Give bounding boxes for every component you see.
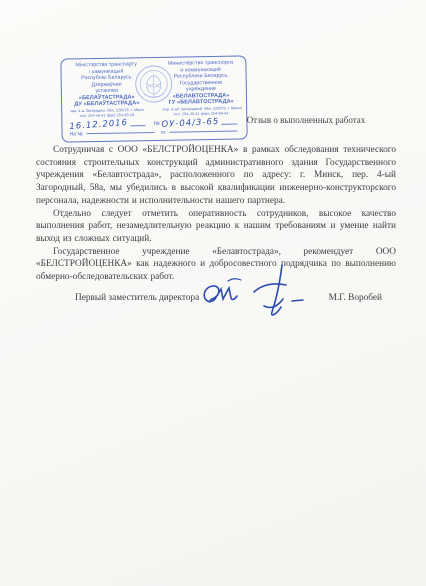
blank-line xyxy=(130,124,146,126)
paragraph: Отдельно следует отметить оперативность … xyxy=(36,208,396,246)
signature-position-label: Первый заместитель директора xyxy=(75,293,199,303)
official-stamp: Міністэрства транспарту і камунікацый Рэ… xyxy=(60,55,247,142)
stamp-right-column: Министерство транспорта и коммуникаций Р… xyxy=(159,59,244,117)
signature-name: М.Г. Воробей xyxy=(329,293,382,303)
stamp-left-column: Міністэрства транспарту і камунікацый Рэ… xyxy=(64,61,149,119)
stamp-phone: тэл. 254-43-41 факс 254-69-43 xyxy=(69,112,146,118)
letter-title: Отзыв о выполненных работах xyxy=(225,115,387,125)
ot-label: от xyxy=(161,130,166,136)
blank-line xyxy=(170,130,238,133)
scanned-letter-page: Міністэрства транспарту і камунікацый Рэ… xyxy=(0,0,426,586)
na-no-label: На № xyxy=(70,131,83,137)
paragraph: Сотрудничая с ООО «БЕЛСТРОЙОЦЕНКА» в рам… xyxy=(36,144,396,208)
stamp-columns: Міністэрства транспарту і камунікацый Рэ… xyxy=(61,56,246,118)
handwritten-signature-icon xyxy=(198,262,310,330)
number-sign: № xyxy=(154,121,160,127)
blank-line xyxy=(87,131,155,134)
